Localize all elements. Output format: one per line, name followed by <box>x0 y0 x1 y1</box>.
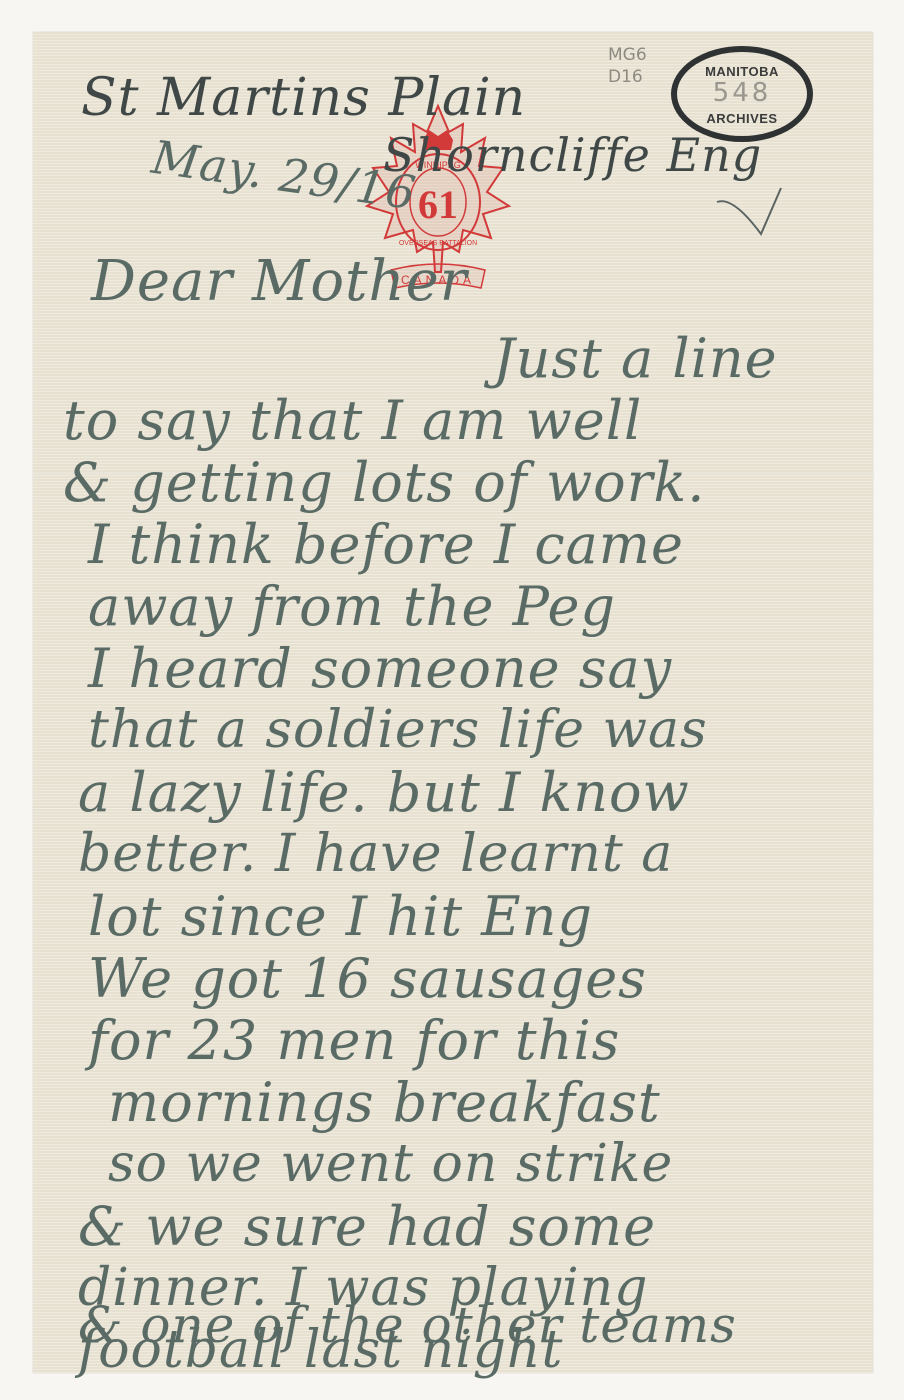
stamp-bottom-text: ARCHIVES <box>677 111 807 126</box>
body-line: away from the Peg <box>88 580 616 634</box>
body-line: We got 16 sausages <box>88 952 647 1006</box>
archival-note-line: MG6 <box>608 44 647 66</box>
body-line: for 23 men for this <box>88 1014 620 1068</box>
body-line: I heard someone say <box>88 642 672 696</box>
body-line: better. I have learnt a <box>78 828 673 880</box>
body-line: to say that I am well <box>63 394 642 448</box>
stamp-number: 548 <box>677 78 807 108</box>
body-line: & getting lots of work. <box>63 456 705 510</box>
location-line-1: St Martins Plain <box>81 72 526 124</box>
body-line: so we went on strike <box>108 1138 673 1190</box>
body-line: that a soldiers life was <box>88 704 708 756</box>
archival-note-line: D16 <box>608 66 647 88</box>
letter-page: MG6 D16 MANITOBA 548 ARCHIVES 61 WINNIPE… <box>33 32 873 1373</box>
body-line: a lazy life. but I know <box>78 766 690 820</box>
body-line: mornings breakfast <box>108 1076 661 1130</box>
body-line: Just a line <box>493 332 778 386</box>
body-line: lot since I hit Eng <box>88 890 593 944</box>
check-mark-icon <box>713 182 793 242</box>
svg-text:61: 61 <box>418 182 458 227</box>
body-line-last: & one of the other teams <box>78 1300 737 1350</box>
salutation: Dear Mother <box>91 254 468 310</box>
body-line: I think before I came <box>88 518 684 572</box>
location-line-2: Shorncliffe Eng <box>383 132 762 178</box>
archival-pencil-note: MG6 D16 <box>608 44 647 88</box>
stamp-top-text: MANITOBA <box>677 64 807 79</box>
body-line: & we sure had some <box>78 1200 656 1254</box>
svg-text:OVERSEAS BATTALION: OVERSEAS BATTALION <box>399 240 477 247</box>
